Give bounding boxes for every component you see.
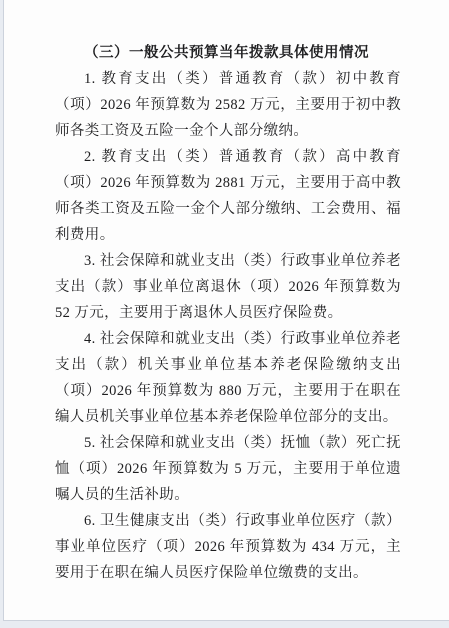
section-heading: （三）一般公共预算当年拨款具体使用情况	[55, 40, 401, 66]
budget-paragraph-social-security-pension: 4. 社会保障和就业支出（类）行政事业单位养老支出（款）机关事业单位基本养老保险…	[55, 326, 401, 430]
budget-paragraph-education-senior: 2. 教育支出（类）普通教育（款）高中教育（项）2026 年预算数为 2881 …	[55, 144, 401, 248]
budget-paragraph-social-security-retirees: 3. 社会保障和就业支出（类）行政事业单位养老支出（款）事业单位离退休（项）20…	[55, 248, 401, 326]
budget-paragraph-death-benefit: 5. 社会保障和就业支出（类）抚恤（款）死亡抚恤（项）2026 年预算数为 5 …	[55, 430, 401, 508]
document-page: （三）一般公共预算当年拨款具体使用情况 1. 教育支出（类）普通教育（款）初中教…	[3, 0, 449, 621]
document-viewport: （三）一般公共预算当年拨款具体使用情况 1. 教育支出（类）普通教育（款）初中教…	[0, 0, 449, 628]
budget-paragraph-health-medical: 6. 卫生健康支出（类）行政事业单位医疗（款）事业单位医疗（项）2026 年预算…	[55, 508, 401, 586]
budget-paragraph-education-junior: 1. 教育支出（类）普通教育（款）初中教育（项）2026 年预算数为 2582 …	[55, 66, 401, 144]
